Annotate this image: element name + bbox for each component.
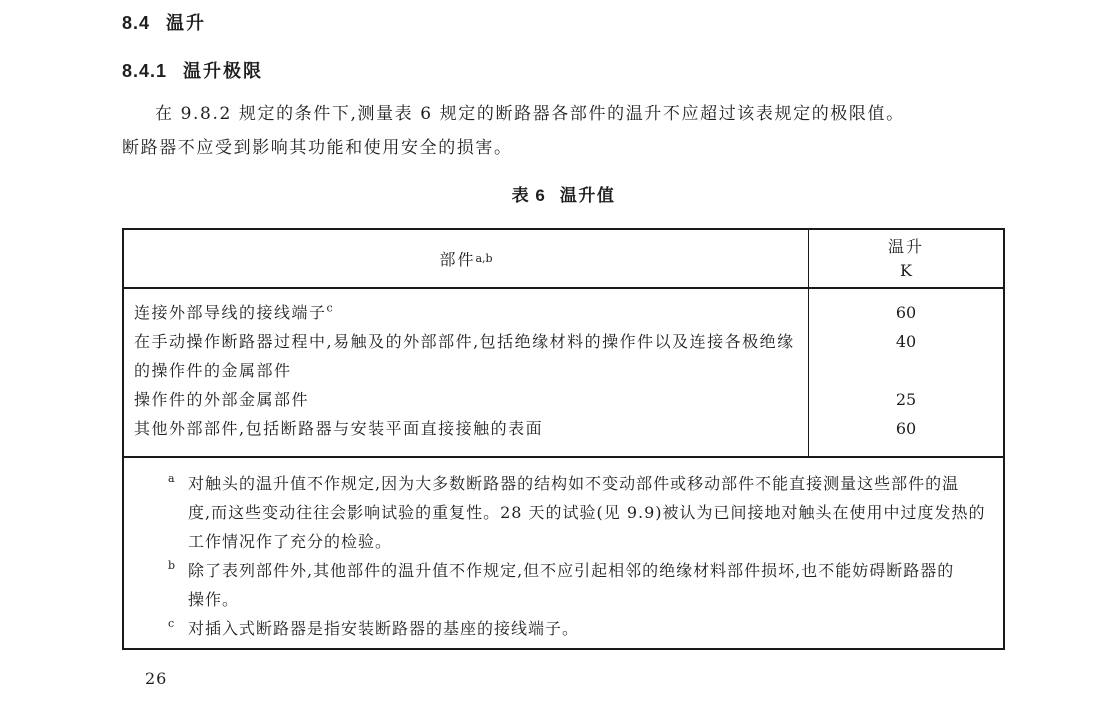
footnote-line: 工作情况作了充分的检验。: [188, 527, 987, 556]
row-value: 40: [809, 327, 1003, 356]
row-value-spacer: [809, 356, 1003, 385]
section-title: 温升: [166, 13, 206, 33]
table-row-line: 其他外部部件,包括断路器与安装平面直接接触的表面: [134, 414, 800, 443]
section-heading: 8.4温升: [122, 9, 206, 35]
paragraph-line-2: 断路器不应受到影响其功能和使用安全的损害。: [122, 133, 513, 158]
row-label-superscript: c: [327, 302, 333, 315]
table-row-line: 的操作件的金属部件: [134, 356, 800, 385]
row-label: 连接外部导线的接线端子: [134, 303, 327, 322]
page-number: 26: [145, 669, 167, 688]
row-value: 60: [809, 414, 1003, 443]
parts-header-label: 部件: [439, 247, 475, 270]
rise-header-label: 温升: [888, 235, 924, 259]
table-body: 连接外部导线的接线端子c 在手动操作断路器过程中,易触及的外部部件,包括绝缘材料…: [124, 289, 1003, 458]
row-value: 60: [809, 298, 1003, 327]
section-number: 8.4: [122, 13, 150, 33]
table-header-parts: 部件a,b: [124, 230, 808, 287]
table-row-line: 在手动操作断路器过程中,易触及的外部部件,包括绝缘材料的操作件以及连接各极绝缘: [134, 327, 800, 356]
table-caption: 表 6温升值: [122, 181, 1005, 206]
table-body-rise-column: 60 40 25 60: [808, 289, 1003, 456]
table-caption-label: 表 6: [512, 186, 546, 205]
table-row-line: 操作件的外部金属部件: [134, 385, 800, 414]
table-header-row: 部件a,b 温升 K: [124, 230, 1003, 289]
row-value: 25: [809, 385, 1003, 414]
table-footnotes: a 对触头的温升值不作规定,因为大多数断路器的结构如不变动部件或移动部件不能直接…: [124, 458, 1003, 643]
footnote-a: a 对触头的温升值不作规定,因为大多数断路器的结构如不变动部件或移动部件不能直接…: [162, 469, 987, 556]
footnote-line: 对插入式断路器是指安装断路器的基座的接线端子。: [188, 614, 987, 643]
table-header-rise: 温升 K: [808, 230, 1003, 287]
subsection-title: 温升极限: [183, 61, 263, 81]
paragraph-line-1: 在 9.8.2 规定的条件下,测量表 6 规定的断路器各部件的温升不应超过该表规…: [122, 99, 905, 124]
table-body-parts-column: 连接外部导线的接线端子c 在手动操作断路器过程中,易触及的外部部件,包括绝缘材料…: [124, 289, 808, 456]
subsection-heading: 8.4.1温升极限: [122, 57, 263, 83]
subsection-number: 8.4.1: [122, 61, 167, 81]
footnote-line: 除了表列部件外,其他部件的温升值不作规定,但不应引起相邻的绝缘材料部件损坏,也不…: [188, 556, 987, 585]
footnote-line: 对触头的温升值不作规定,因为大多数断路器的结构如不变动部件或移动部件不能直接测量…: [188, 469, 987, 498]
table-row-line: 连接外部导线的接线端子c: [134, 298, 800, 327]
rise-header-unit: K: [900, 259, 912, 283]
table-caption-title: 温升值: [560, 186, 616, 205]
footnote-b-marker: b: [168, 559, 175, 572]
footnote-line: 度,而这些变动往往会影响试验的重复性。28 天的试验(见 9.9)被认为已间接地…: [188, 498, 987, 527]
temperature-rise-table: 部件a,b 温升 K 连接外部导线的接线端子c 在手动操作断路器过程中,易触及的…: [122, 228, 1005, 650]
footnote-b: b 除了表列部件外,其他部件的温升值不作规定,但不应引起相邻的绝缘材料部件损坏,…: [162, 556, 987, 614]
footnote-c-marker: c: [168, 617, 174, 630]
footnote-c: c 对插入式断路器是指安装断路器的基座的接线端子。: [162, 614, 987, 643]
footnote-line: 操作。: [188, 585, 987, 614]
footnote-a-marker: a: [168, 472, 175, 485]
